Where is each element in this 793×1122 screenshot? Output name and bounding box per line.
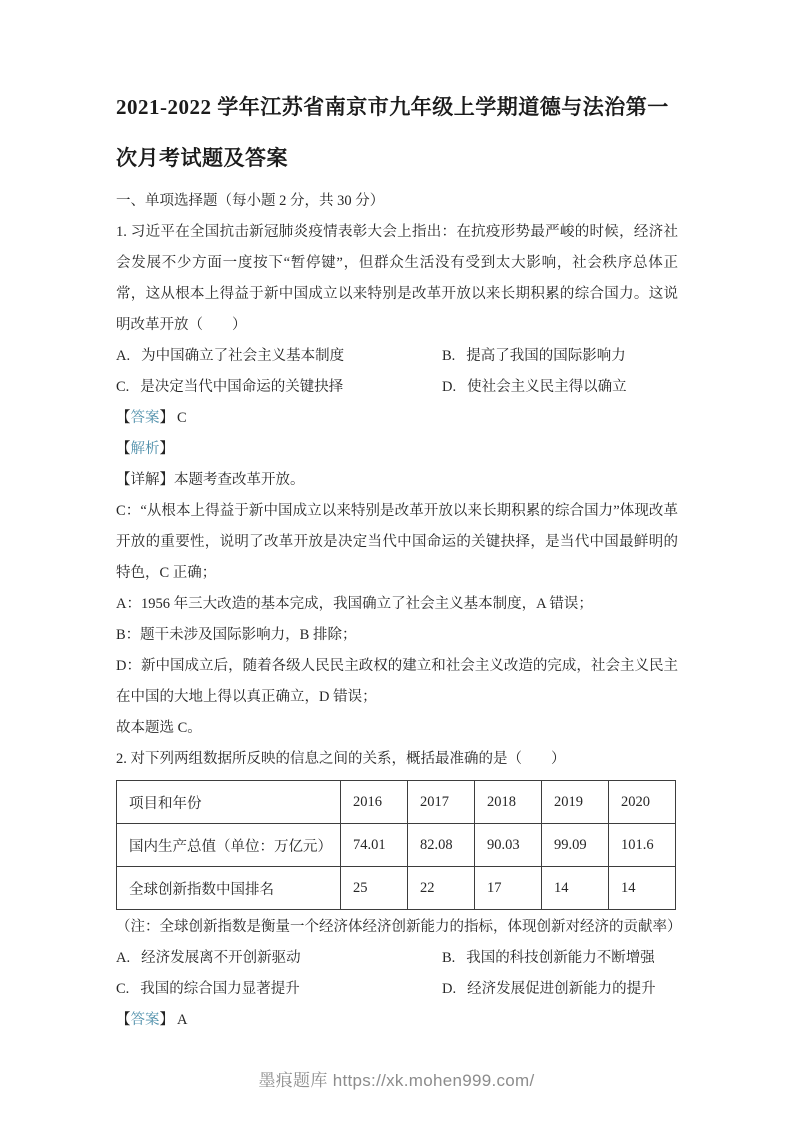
question-1-option-d: D.使社会主义民主得以确立 bbox=[442, 372, 678, 403]
table-header-cell: 2019 bbox=[542, 781, 609, 824]
question-1-option-a: A.为中国确立了社会主义基本制度 bbox=[116, 341, 442, 372]
option-text: 提高了我国的国际影响力 bbox=[466, 348, 626, 364]
question-1-analysis-line: 【解析】 bbox=[116, 434, 678, 465]
question-2-stem: 2. 对下列两组数据所反映的信息之间的关系，概括最准确的是（ ） bbox=[116, 744, 678, 775]
question-1-option-c: C.是决定当代中国命运的关键抉择 bbox=[116, 372, 442, 403]
option-text: 经济发展促进创新能力的提升 bbox=[467, 981, 656, 997]
question-1-answer-value: C bbox=[177, 410, 187, 426]
question-2-answer-value: A bbox=[177, 1012, 187, 1028]
question-1-stem: 1. 习近平在全国抗击新冠肺炎疫情表彰大会上指出：在抗疫形势最严峻的时候，经济社… bbox=[116, 217, 678, 341]
table-header-cell: 2018 bbox=[475, 781, 542, 824]
bracket-open-symbol: 【 bbox=[116, 1012, 131, 1028]
question-1-explanation-a: A：1956 年三大改造的基本完成，我国确立了社会主义基本制度，A 错误； bbox=[116, 589, 678, 620]
table-cell: 14 bbox=[542, 867, 609, 910]
table-header-cell: 项目和年份 bbox=[117, 781, 341, 824]
footer-site-name: 墨痕题库 bbox=[258, 1071, 327, 1090]
question-2-option-d: D.经济发展促进创新能力的提升 bbox=[442, 974, 678, 1005]
option-letter: A. bbox=[116, 950, 130, 966]
option-text: 我国的科技创新能力不断增强 bbox=[466, 950, 655, 966]
table-cell: 99.09 bbox=[542, 824, 609, 867]
table-header-cell: 2016 bbox=[341, 781, 408, 824]
table-row-gdp: 国内生产总值（单位：万亿元） 74.01 82.08 90.03 99.09 1… bbox=[117, 824, 676, 867]
bracket-close-symbol: 】 bbox=[160, 441, 175, 457]
bracket-close-symbol: 】 bbox=[160, 1012, 175, 1028]
table-header-cell: 2020 bbox=[609, 781, 676, 824]
table-header-row: 项目和年份 2016 2017 2018 2019 2020 bbox=[117, 781, 676, 824]
table-header-cell: 2017 bbox=[408, 781, 475, 824]
question-2-option-a: A.经济发展离不开创新驱动 bbox=[116, 943, 442, 974]
question-1-answer-line: 【答案】C bbox=[116, 403, 678, 434]
bracket-close-symbol: 】 bbox=[160, 410, 175, 426]
page-title: 2021-2022 学年江苏省南京市九年级上学期道德与法治第一 次月考试题及答案 bbox=[116, 82, 678, 184]
option-text: 我国的综合国力显著提升 bbox=[140, 981, 300, 997]
table-cell: 25 bbox=[341, 867, 408, 910]
option-letter: B. bbox=[442, 348, 455, 364]
page-title-line-2: 次月考试题及答案 bbox=[116, 133, 678, 184]
answer-label: 答案 bbox=[131, 410, 160, 426]
question-1-explanation-c: C：“从根本上得益于新中国成立以来特别是改革开放以来长期积累的综合国力”体现改革… bbox=[116, 496, 678, 589]
option-text: 经济发展离不开创新驱动 bbox=[141, 950, 301, 966]
table-cell: 17 bbox=[475, 867, 542, 910]
table-row-innovation-rank: 全球创新指数中国排名 25 22 17 14 14 bbox=[117, 867, 676, 910]
question-1-explanation-intro: 【详解】本题考查改革开放。 bbox=[116, 465, 678, 496]
option-letter: D. bbox=[442, 981, 456, 997]
option-letter: A. bbox=[116, 348, 130, 364]
table-cell: 14 bbox=[609, 867, 676, 910]
footer-watermark: 墨痕题库 https://xk.mohen999.com/ bbox=[0, 1066, 793, 1091]
question-1-explanation-b: B：题干未涉及国际影响力，B 排除； bbox=[116, 620, 678, 651]
option-letter: C. bbox=[116, 379, 129, 395]
exam-document: 2021-2022 学年江苏省南京市九年级上学期道德与法治第一 次月考试题及答案… bbox=[116, 0, 678, 1036]
question-2-option-c: C.我国的综合国力显著提升 bbox=[116, 974, 442, 1005]
question-1-options: A.为中国确立了社会主义基本制度 B.提高了我国的国际影响力 C.是决定当代中国… bbox=[116, 341, 678, 403]
option-text: 使社会主义民主得以确立 bbox=[467, 379, 627, 395]
answer-label: 答案 bbox=[131, 1012, 160, 1028]
option-letter: D. bbox=[442, 379, 456, 395]
page-title-line-1: 2021-2022 学年江苏省南京市九年级上学期道德与法治第一 bbox=[116, 82, 678, 133]
question-2-data-table: 项目和年份 2016 2017 2018 2019 2020 国内生产总值（单位… bbox=[116, 780, 676, 910]
table-cell: 74.01 bbox=[341, 824, 408, 867]
bracket-open-symbol: 【 bbox=[116, 441, 131, 457]
table-cell: 82.08 bbox=[408, 824, 475, 867]
question-1-explanation-conclusion: 故本题选 C。 bbox=[116, 713, 678, 744]
question-1-option-b: B.提高了我国的国际影响力 bbox=[442, 341, 678, 372]
section-heading: 一、单项选择题（每小题 2 分，共 30 分） bbox=[116, 186, 678, 217]
question-2-options: A.经济发展离不开创新驱动 B.我国的科技创新能力不断增强 C.我国的综合国力显… bbox=[116, 943, 678, 1005]
question-2-table-note: （注：全球创新指数是衡量一个经济体经济创新能力的指标，体现创新对经济的贡献率） bbox=[116, 912, 678, 943]
analysis-label: 解析 bbox=[131, 441, 160, 457]
option-letter: C. bbox=[116, 981, 129, 997]
table-cell: 22 bbox=[408, 867, 475, 910]
question-2-answer-line: 【答案】A bbox=[116, 1005, 678, 1036]
bracket-open-symbol: 【 bbox=[116, 410, 131, 426]
question-2-option-b: B.我国的科技创新能力不断增强 bbox=[442, 943, 678, 974]
footer-url-link[interactable]: https://xk.mohen999.com/ bbox=[333, 1071, 535, 1090]
table-cell: 90.03 bbox=[475, 824, 542, 867]
table-row-label: 全球创新指数中国排名 bbox=[117, 867, 341, 910]
table-row-label: 国内生产总值（单位：万亿元） bbox=[117, 824, 341, 867]
option-text: 为中国确立了社会主义基本制度 bbox=[141, 348, 344, 364]
option-letter: B. bbox=[442, 950, 455, 966]
option-text: 是决定当代中国命运的关键抉择 bbox=[140, 379, 343, 395]
question-1-explanation-d: D：新中国成立后，随着各级人民民主政权的建立和社会主义改造的完成，社会主义民主在… bbox=[116, 651, 678, 713]
table-cell: 101.6 bbox=[609, 824, 676, 867]
